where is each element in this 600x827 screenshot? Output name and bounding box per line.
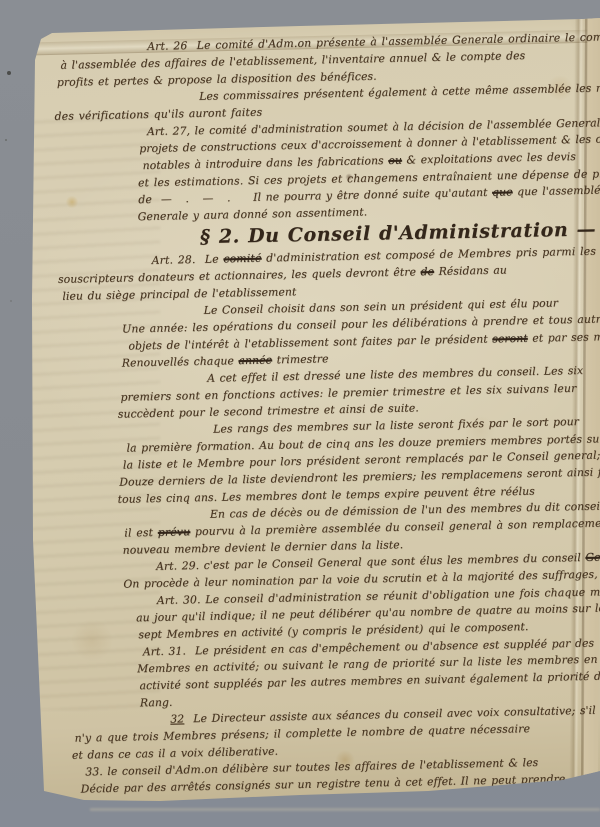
handwritten-text: & exploitations avec les devis: [402, 150, 576, 167]
handwritten-text: Rang.: [140, 696, 173, 710]
struck-word: année: [238, 353, 272, 367]
handwritten-text: et par ses membres: [528, 329, 600, 344]
manuscript-page: Art. 26 Le comité d'Adm.on présente à l'…: [0, 0, 600, 827]
handwritten-text: que l'assemblée: [512, 183, 600, 198]
handwritten-text: Art. 28. Le: [152, 252, 224, 267]
handwritten-text: Renouvellés chaque: [122, 354, 239, 369]
scan-canvas: { "theme":{ "scan-bg":"#888c92", "paper"…: [0, 0, 600, 827]
handwritten-text: § 2. Du Conseil d'Administration —: [200, 218, 596, 248]
handwritten-text: nouveau membre devient le dernier dans l…: [123, 538, 404, 556]
page-below-edge: [90, 808, 600, 811]
handwritten-text: trimestre: [272, 352, 329, 366]
struck-word: comité: [223, 252, 261, 266]
handwritten-text: des vérifications qu'ils auront faites: [54, 106, 262, 123]
struck-word: prévu: [158, 525, 191, 539]
struck-word: de: [420, 265, 434, 278]
manuscript-text: Art. 26 Le comité d'Adm.on présente à l'…: [50, 29, 600, 798]
handwritten-text: il est: [124, 526, 158, 540]
handwritten-text: Résidans au: [434, 263, 507, 278]
struck-word: que: [492, 185, 513, 198]
struck-word: ou: [388, 154, 402, 167]
handwritten-text: lieu du siège principal de l'etablisseme…: [62, 285, 296, 303]
scanner-background: Art. 26 Le comité d'Adm.on présente à l'…: [0, 0, 600, 827]
debris-specks: [0, 0, 2, 2]
struck-word: seront: [492, 332, 528, 346]
handwritten-text: et dans ce cas il a voix déliberative.: [72, 745, 278, 762]
handwritten-text: 32: [170, 712, 184, 725]
struck-word: General: [585, 550, 600, 564]
